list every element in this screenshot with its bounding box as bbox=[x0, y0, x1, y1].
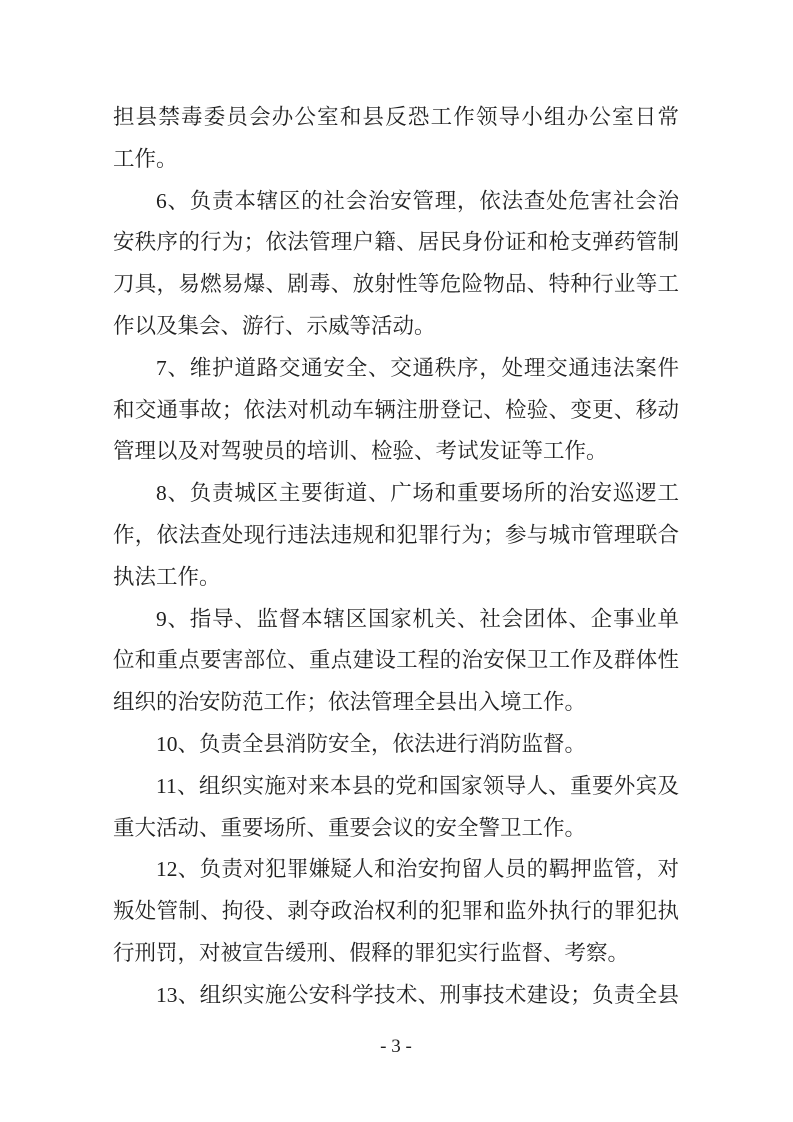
text-line: 组织的治安防范工作；依法管理全县出入境工作。 bbox=[113, 682, 679, 724]
text-line: 6、负责本辖区的社会治安管理，依法查处危害社会治 bbox=[113, 181, 679, 223]
text-line: 8、负责城区主要街道、广场和重要场所的治安巡逻工 bbox=[113, 473, 679, 515]
document-page: 担县禁毒委员会办公室和县反恐工作领导小组办公室日常工作。6、负责本辖区的社会治安… bbox=[0, 0, 793, 1122]
text-line: 位和重点要害部位、重点建设工程的治安保卫工作及群体性 bbox=[113, 640, 679, 682]
paragraph: 9、指导、监督本辖区国家机关、社会团体、企事业单位和重点要害部位、重点建设工程的… bbox=[113, 599, 679, 724]
paragraph: 6、负责本辖区的社会治安管理，依法查处危害社会治安秩序的行为；依法管理户籍、居民… bbox=[113, 181, 679, 348]
text-line: 工作。 bbox=[113, 139, 679, 181]
text-line: 重大活动、重要场所、重要会议的安全警卫工作。 bbox=[113, 808, 679, 850]
text-line: 担县禁毒委员会办公室和县反恐工作领导小组办公室日常 bbox=[113, 97, 679, 139]
paragraph: 12、负责对犯罪嫌疑人和治安拘留人员的羁押监管，对叛处管制、拘役、剥夺政治权利的… bbox=[113, 849, 679, 974]
text-line: 10、负责全县消防安全，依法进行消防监督。 bbox=[113, 724, 679, 766]
paragraph: 11、组织实施对来本县的党和国家领导人、重要外宾及重大活动、重要场所、重要会议的… bbox=[113, 766, 679, 850]
text-line: 和交通事故；依法对机动车辆注册登记、检验、变更、移动 bbox=[113, 390, 679, 432]
paragraph: 8、负责城区主要街道、广场和重要场所的治安巡逻工作，依法查处现行违法违规和犯罪行… bbox=[113, 473, 679, 598]
text-line: 作以及集会、游行、示威等活动。 bbox=[113, 306, 679, 348]
text-line: 作，依法查处现行违法违规和犯罪行为；参与城市管理联合 bbox=[113, 515, 679, 557]
text-line: 9、指导、监督本辖区国家机关、社会团体、企事业单 bbox=[113, 599, 679, 641]
paragraph: 10、负责全县消防安全，依法进行消防监督。 bbox=[113, 724, 679, 766]
page-number: - 3 - bbox=[113, 1028, 679, 1066]
paragraph: 7、维护道路交通安全、交通秩序，处理交通违法案件和交通事故；依法对机动车辆注册登… bbox=[113, 348, 679, 473]
text-line: 11、组织实施对来本县的党和国家领导人、重要外宾及 bbox=[113, 766, 679, 808]
text-line: 13、组织实施公安科学技术、刑事技术建设；负责全县 bbox=[113, 975, 679, 1017]
text-line: 执法工作。 bbox=[113, 557, 679, 599]
document-body: 担县禁毒委员会办公室和县反恐工作领导小组办公室日常工作。6、负责本辖区的社会治安… bbox=[113, 97, 679, 1017]
text-line: 行刑罚，对被宣告缓刑、假释的罪犯实行监督、考察。 bbox=[113, 933, 679, 975]
text-line: 管理以及对驾驶员的培训、检验、考试发证等工作。 bbox=[113, 431, 679, 473]
text-line: 7、维护道路交通安全、交通秩序，处理交通违法案件 bbox=[113, 348, 679, 390]
paragraph: 13、组织实施公安科学技术、刑事技术建设；负责全县 bbox=[113, 975, 679, 1017]
text-line: 叛处管制、拘役、剥夺政治权利的犯罪和监外执行的罪犯执 bbox=[113, 891, 679, 933]
paragraph: 担县禁毒委员会办公室和县反恐工作领导小组办公室日常工作。 bbox=[113, 97, 679, 181]
text-line: 12、负责对犯罪嫌疑人和治安拘留人员的羁押监管，对 bbox=[113, 849, 679, 891]
text-line: 刀具，易燃易爆、剧毒、放射性等危险物品、特种行业等工 bbox=[113, 264, 679, 306]
text-line: 安秩序的行为；依法管理户籍、居民身份证和枪支弹药管制 bbox=[113, 222, 679, 264]
